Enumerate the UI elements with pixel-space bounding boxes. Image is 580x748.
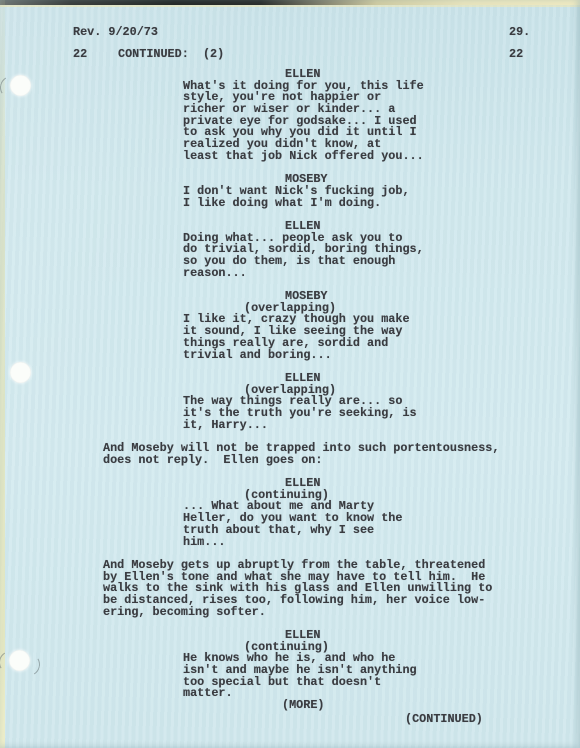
revision-date: Rev. 9/20/73	[73, 26, 158, 38]
scene-number-left: 22	[73, 48, 87, 60]
script-line-dlg: reason...	[0, 268, 580, 280]
scene-number-right: 22	[509, 48, 523, 60]
script-line-dlg: truth about that, why I see	[0, 525, 580, 537]
script-line-dlg: trivial and boring...	[0, 350, 580, 362]
footer-continued: (CONTINUED)	[405, 712, 483, 726]
script-line-dlg: it, Harry...	[0, 420, 580, 432]
script-line-action: be distanced, rises too, following him, …	[0, 595, 580, 607]
continued-heading: CONTINUED: (2)	[118, 48, 224, 60]
script-line-more: (MORE)	[0, 700, 580, 712]
script-line-dlg: so you do them, is that enough	[0, 256, 580, 268]
script-line-action: does not reply. Ellen goes on:	[0, 455, 580, 467]
script-line-dlg: least that job Nick offered you...	[0, 151, 580, 163]
script-line-dlg: it's the truth you're seeking, is	[0, 408, 580, 420]
scan-top-edge	[0, 0, 580, 5]
page-number: 29.	[509, 26, 530, 38]
screenplay-page: Rev. 9/20/73 29. 22 CONTINUED: (2) 22 EL…	[0, 0, 580, 748]
script-body: ELLENWhat's it doing for you, this lifes…	[0, 69, 580, 712]
script-line-action: ering, becoming softer.	[0, 607, 580, 619]
script-line-dlg: him...	[0, 537, 580, 549]
script-line-dlg: I like doing what I'm doing.	[0, 198, 580, 210]
script-line-dlg: too special but that doesn't	[0, 677, 580, 689]
